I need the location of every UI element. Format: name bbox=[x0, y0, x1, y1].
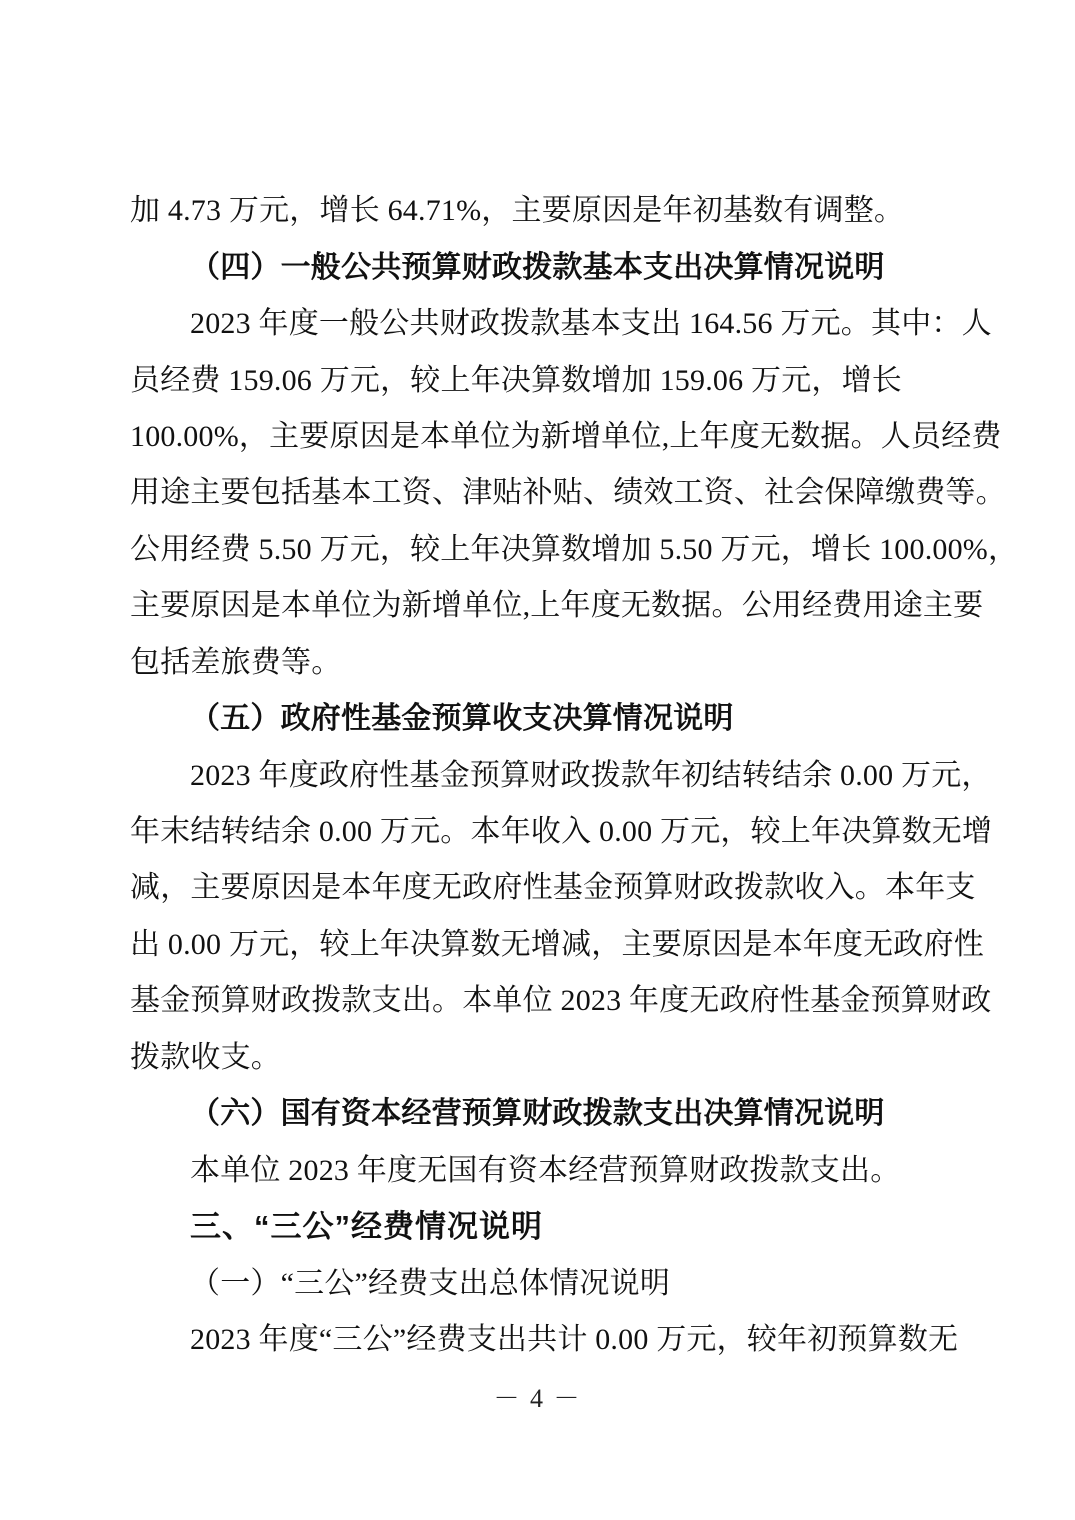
text-line: 本单位 2023 年度无国有资本经营预算财政拨款支出。 bbox=[130, 1138, 960, 1194]
text-line: 2023 年度一般公共财政拨款基本支出 164.56 万元。其中：人 bbox=[130, 292, 960, 348]
document-page: 加 4.73 万元，增长 64.71%，主要原因是年初基数有调整。（四）一般公共… bbox=[0, 0, 1075, 1520]
text-line: 2023 年度政府性基金预算财政拨款年初结转结余 0.00 万元， bbox=[130, 743, 960, 799]
text-line: 2023 年度“三公”经费支出共计 0.00 万元，较年初预算数无 bbox=[130, 1308, 960, 1364]
page-number: － 4 － bbox=[0, 1378, 1075, 1415]
text-line: （四）一般公共预算财政拨款基本支出决算情况说明 bbox=[130, 235, 960, 291]
text-line: 减，主要原因是本年度无政府性基金预算财政拨款收入。本年支 bbox=[130, 856, 960, 912]
text-line: 用途主要包括基本工资、津贴补贴、绩效工资、社会保障缴费等。 bbox=[130, 461, 960, 517]
text-line: 基金预算财政拨款支出。本单位 2023 年度无政府性基金预算财政 bbox=[130, 969, 960, 1025]
text-line: 拨款收支。 bbox=[130, 1026, 960, 1082]
text-line: （六）国有资本经营预算财政拨款支出决算情况说明 bbox=[130, 1082, 960, 1138]
text-line: 员经费 159.06 万元，较上年决算数增加 159.06 万元，增长 bbox=[130, 348, 960, 404]
text-line: 主要原因是本单位为新增单位,上年度无数据。公用经费用途主要 bbox=[130, 574, 960, 630]
text-line: 包括差旅费等。 bbox=[130, 631, 960, 687]
text-line: 出 0.00 万元，较上年决算数无增减，主要原因是本年度无政府性 bbox=[130, 913, 960, 969]
text-line: 三、“三公”经费情况说明 bbox=[130, 1195, 960, 1251]
text-line: 100.00%，主要原因是本单位为新增单位,上年度无数据。人员经费 bbox=[130, 405, 960, 461]
text-line: （一）“三公”经费支出总体情况说明 bbox=[130, 1251, 960, 1307]
text-line: 年末结转结余 0.00 万元。本年收入 0.00 万元，较上年决算数无增 bbox=[130, 800, 960, 856]
text-line: （五）政府性基金预算收支决算情况说明 bbox=[130, 687, 960, 743]
text-line: 加 4.73 万元，增长 64.71%，主要原因是年初基数有调整。 bbox=[130, 179, 960, 235]
text-line: 公用经费 5.50 万元，较上年决算数增加 5.50 万元，增长 100.00%… bbox=[130, 518, 960, 574]
document-body: 加 4.73 万元，增长 64.71%，主要原因是年初基数有调整。（四）一般公共… bbox=[130, 179, 960, 1364]
